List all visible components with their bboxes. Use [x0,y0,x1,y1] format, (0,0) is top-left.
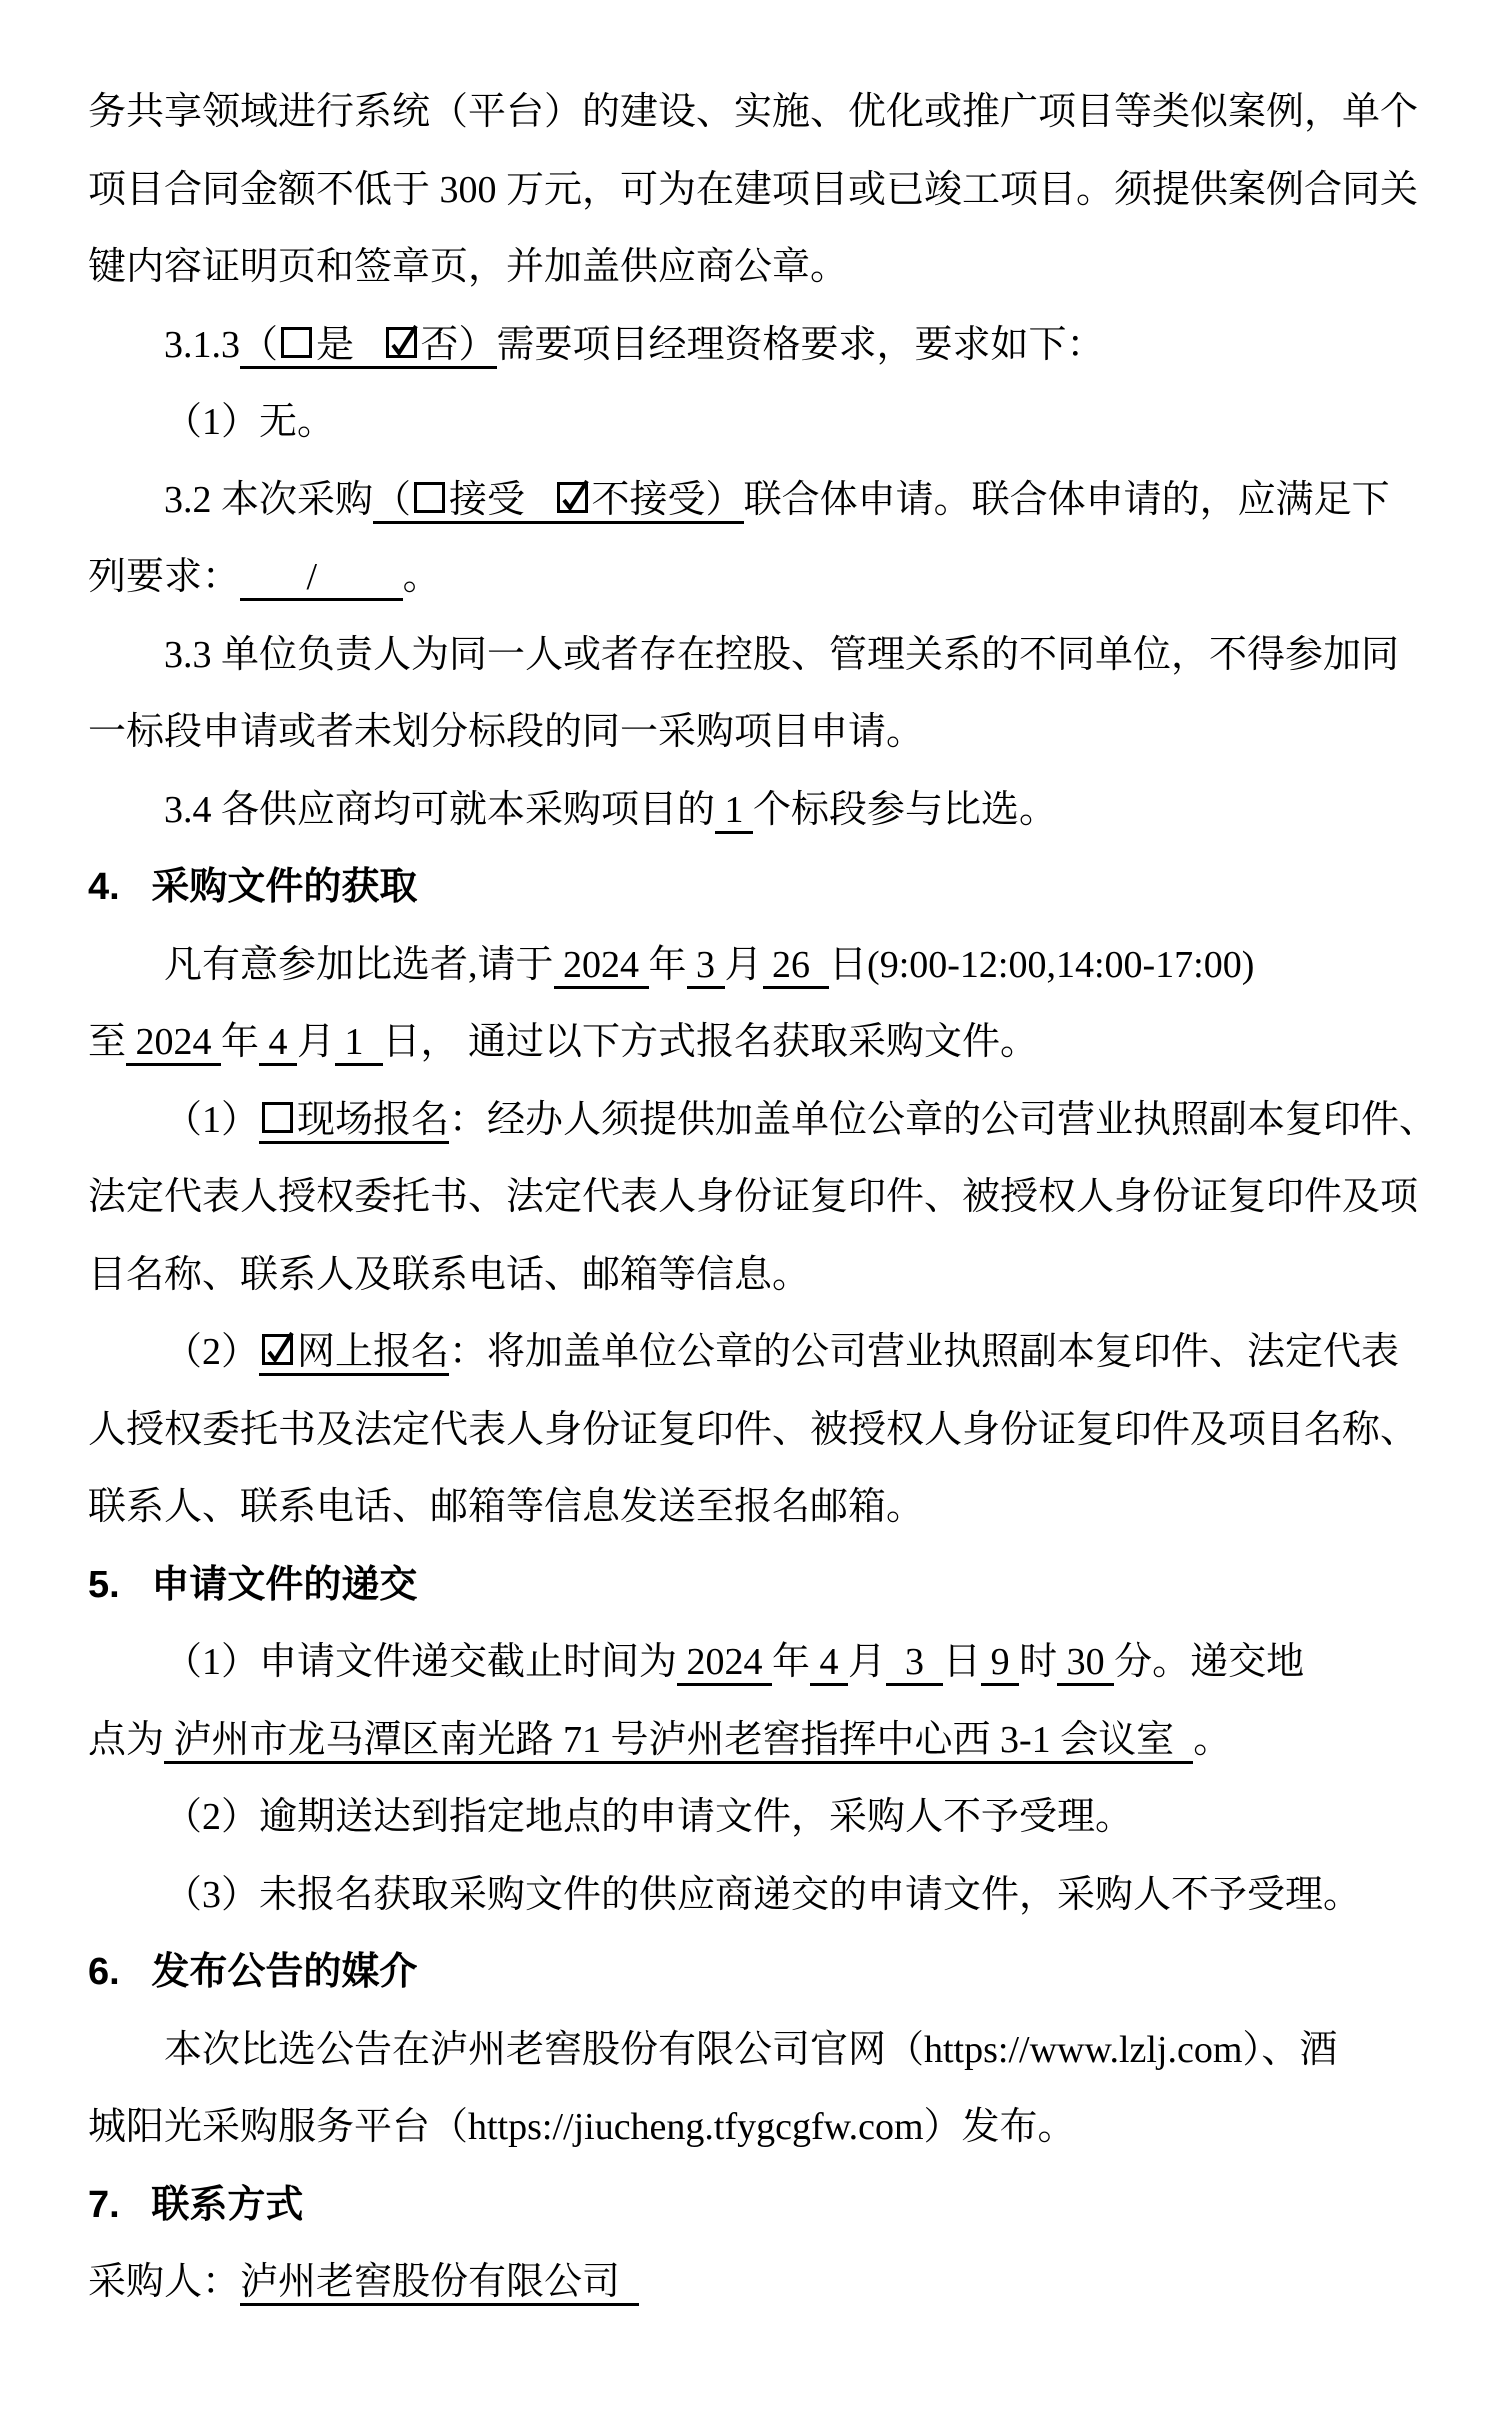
text-run: 月 [848,1641,886,1683]
text-run: 3.3 单位负责人为同一人或者存在控股、管理关系的不同单位，不得参加同 [164,634,1399,676]
line-4-item2: （2）网上报名：将加盖单位公章的公司营业执照副本复印件、法定代表 [88,1314,1438,1392]
line-3-4: 3.4 各供应商均可就本采购项目的 1 个标段参与比选。 [88,772,1438,850]
line-4-item2-cont1: 人授权委托书及法定代表人身份证复印件、被授权人身份证复印件及项目名称、 [88,1392,1438,1470]
line-7-purchaser: 采购人：泸州老窖股份有限公司 [88,2244,1438,2322]
underlined-text: / [240,556,403,601]
underlined-text: 26 [763,944,830,989]
line-4-item1-cont1: 法定代表人授权委托书、法定代表人身份证复印件、被授权人身份证复印件及项 [88,1159,1438,1237]
line-3-2-cont: 列要求： / 。 [88,539,1438,617]
checkbox-segment [554,479,592,524]
heading-6: 6. 发布公告的媒介 [88,1934,1438,2012]
text-run: 月 [297,1021,335,1063]
underlined-text: 否） [421,324,497,369]
text-run: 点为 [88,1719,164,1761]
text-run: 日， 通过以下方式报名获取采购文件。 [383,1021,1039,1063]
line-4-intro: 凡有意参加比选者,请于 2024 年 3 月 26 日(9:00-12:00,1… [88,927,1438,1005]
underlined-text: 泸州老窖股份有限公司 [240,2261,639,2306]
text-run: 人授权委托书及法定代表人身份证复印件、被授权人身份证复印件及项目名称、 [88,1409,1418,1451]
text-run: 城阳光采购服务平台（https://jiucheng.tfygcgfw.com）… [88,2106,1076,2148]
line-3-1-3: 3.1.3（是 否）需要项目经理资格要求，要求如下： [88,307,1438,385]
underlined-text: 3 [687,944,725,989]
line-5-item1-cont: 点为 泸州市龙马潭区南光路 71 号泸州老窖指挥中心西 3-1 会议室 。 [88,1702,1438,1780]
text-run: （1）无。 [164,401,335,443]
text-run: （1）申请文件递交截止时间为 [164,1641,677,1683]
line-5-item3: （3）未报名获取采购文件的供应商递交的申请文件，采购人不予受理。 [88,1857,1438,1935]
text-run: 年 [649,944,687,986]
text-run: 本次比选公告在泸州老窖股份有限公司官网（https://www.lzlj.com… [164,2029,1337,2071]
underlined-text: 4 [259,1021,297,1066]
checkbox-checked-icon [386,327,417,358]
text-run: 采购人： [88,2261,240,2303]
text-run: 目名称、联系人及联系电话、邮箱等信息。 [88,1254,810,1296]
text-run: 分。递交地 [1114,1641,1304,1683]
text-run: 7. 联系方式 [88,2184,303,2226]
text-run: ：经办人须提供加盖单位公章的公司营业执照副本复印件、 [449,1099,1437,1141]
text-run: （1） [164,1099,259,1141]
text-run: 年 [772,1641,810,1683]
text-run: 法定代表人授权委托书、法定代表人身份证复印件、被授权人身份证复印件及项 [88,1176,1418,1218]
underlined-text: 4 [810,1641,848,1686]
text-run: （3）未报名获取采购文件的供应商递交的申请文件，采购人不予受理。 [164,1874,1361,1916]
line-4-item1-cont2: 目名称、联系人及联系电话、邮箱等信息。 [88,1237,1438,1315]
underlined-text: 接受 [449,479,554,524]
text-run: 需要项目经理资格要求，要求如下： [497,324,1105,366]
checkbox-segment [259,1099,297,1144]
text-run: 一标段申请或者未划分标段的同一采购项目申请。 [88,711,924,753]
text-run: 3.1.3 [164,324,240,366]
text-run: 列要求： [88,556,240,598]
text-run: 日(9:00-12:00,14:00-17:00) [829,944,1254,986]
text-run: ：将加盖单位公章的公司营业执照副本复印件、法定代表 [449,1331,1399,1373]
text-run: （2）逾期送达到指定地点的申请文件，采购人不予受理。 [164,1796,1133,1838]
line-case-requirement-2: 项目合同金额不低于 300 万元，可为在建项目或已竣工项目。须提供案例合同关 [88,152,1438,230]
line-5-item1: （1）申请文件递交截止时间为 2024 年 4 月 3 日 9 时 30 分。递… [88,1624,1438,1702]
checkbox-checked-icon [262,1334,293,1365]
underlined-text: 现场报名 [297,1099,449,1144]
line-3-3-cont: 一标段申请或者未划分标段的同一采购项目申请。 [88,694,1438,772]
text-run: 个标段参与比选。 [753,789,1057,831]
line-4-intro-cont: 至 2024 年 4 月 1 日， 通过以下方式报名获取采购文件。 [88,1004,1438,1082]
text-run: 凡有意参加比选者,请于 [164,944,554,986]
heading-7: 7. 联系方式 [88,2167,1438,2245]
underlined-text: 1 [335,1021,383,1066]
checkbox-unchecked-icon [414,482,445,513]
heading-5: 5. 申请文件的递交 [88,1547,1438,1625]
text-run: （2） [164,1331,259,1373]
text-run: 至 [88,1021,126,1063]
text-run: 项目合同金额不低于 300 万元，可为在建项目或已竣工项目。须提供案例合同关 [88,169,1418,211]
underlined-text: 2024 [126,1021,221,1066]
checkbox-segment [259,1331,297,1376]
underlined-text: 2024 [554,944,649,989]
text-run: 月 [725,944,763,986]
text-run: 日 [943,1641,981,1683]
document-content: 务共享领域进行系统（平台）的建设、实施、优化或推广项目等类似案例，单个项目合同金… [88,74,1438,2322]
text-run: 3.4 各供应商均可就本采购项目的 [164,789,715,831]
text-run: 年 [221,1021,259,1063]
underlined-text: 1 [715,789,753,834]
checkbox-segment [383,324,421,369]
text-run: 。 [403,556,441,598]
text-run: 联系人、联系电话、邮箱等信息发送至报名邮箱。 [88,1486,924,1528]
document-page: 务共享领域进行系统（平台）的建设、实施、优化或推广项目等类似案例，单个项目合同金… [0,0,1500,2429]
line-4-item1: （1）现场报名：经办人须提供加盖单位公章的公司营业执照副本复印件、 [88,1082,1438,1160]
text-run: 键内容证明页和签章页，并加盖供应商公章。 [88,246,848,288]
underlined-text: 30 [1057,1641,1114,1686]
line-6-body1: 本次比选公告在泸州老窖股份有限公司官网（https://www.lzlj.com… [88,2012,1438,2090]
checkbox-checked-icon [557,482,588,513]
underlined-text: 网上报名 [297,1331,449,1376]
checkbox-segment [278,324,316,369]
underlined-text: 是 [316,324,383,369]
text-run: 。 [1193,1719,1231,1761]
underlined-text: （ [373,479,411,524]
text-run: 4. 采购文件的获取 [88,866,417,908]
checkbox-unchecked-icon [281,327,312,358]
line-3-3: 3.3 单位负责人为同一人或者存在控股、管理关系的不同单位，不得参加同 [88,617,1438,695]
heading-4: 4. 采购文件的获取 [88,849,1438,927]
underlined-text: （ [240,324,278,369]
text-run: 5. 申请文件的递交 [88,1564,417,1606]
line-5-item2: （2）逾期送达到指定地点的申请文件，采购人不予受理。 [88,1779,1438,1857]
line-case-requirement-1: 务共享领域进行系统（平台）的建设、实施、优化或推广项目等类似案例，单个 [88,74,1438,152]
checkbox-segment [411,479,449,524]
line-6-body2: 城阳光采购服务平台（https://jiucheng.tfygcgfw.com）… [88,2089,1438,2167]
line-case-requirement-3: 键内容证明页和签章页，并加盖供应商公章。 [88,229,1438,307]
underlined-text: 3 [886,1641,943,1686]
text-run: 务共享领域进行系统（平台）的建设、实施、优化或推广项目等类似案例，单个 [88,91,1418,133]
underlined-text: 9 [981,1641,1019,1686]
line-3-2: 3.2 本次采购（接受 不接受）联合体申请。联合体申请的，应满足下 [88,462,1438,540]
checkbox-unchecked-icon [262,1102,293,1133]
line-3-1-3-item1: （1）无。 [88,384,1438,462]
text-run: 时 [1019,1641,1057,1683]
underlined-text: 2024 [677,1641,772,1686]
underlined-text: 不接受） [592,479,744,524]
text-run: 3.2 本次采购 [164,479,373,521]
text-run: 6. 发布公告的媒介 [88,1951,417,1993]
line-4-item2-cont2: 联系人、联系电话、邮箱等信息发送至报名邮箱。 [88,1469,1438,1547]
underlined-text: 泸州市龙马潭区南光路 71 号泸州老窖指挥中心西 3-1 会议室 [164,1719,1193,1764]
text-run: 联合体申请。联合体申请的，应满足下 [744,479,1390,521]
